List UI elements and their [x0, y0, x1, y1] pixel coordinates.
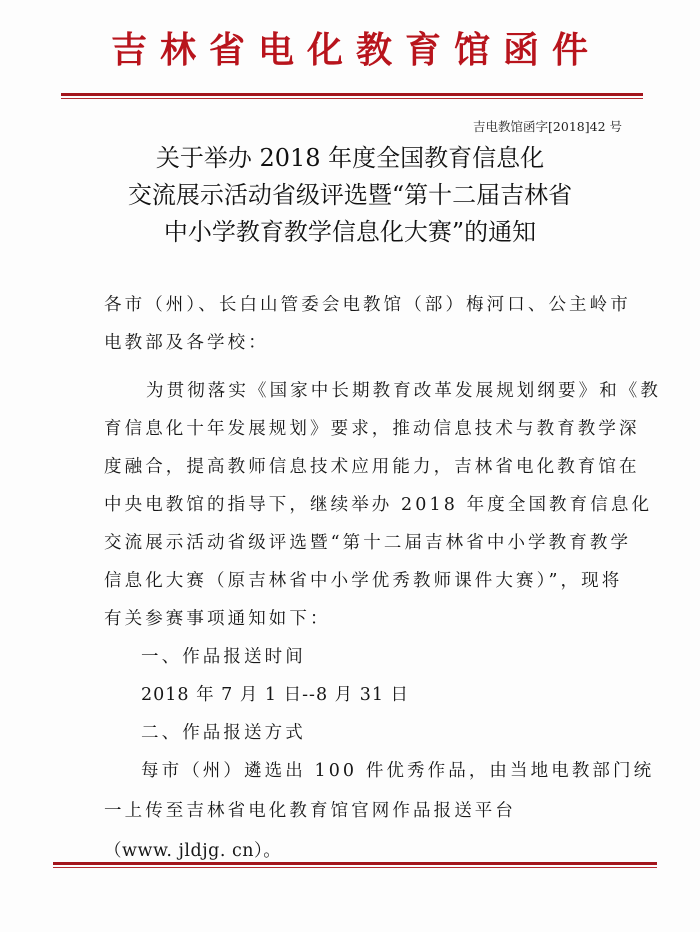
salutation-line: 各市（州）、长白山管委会电教馆（部）梅河口、公主岭市	[104, 291, 631, 316]
paragraph-line: 每市（州）遴选出 100 件优秀作品，由当地电教部门统	[141, 757, 654, 782]
footer-divider	[53, 862, 657, 868]
paragraph-line: 为贯彻落实《国家中长期教育改革发展规划纲要》和《教	[146, 377, 661, 402]
section-heading: 二、作品报送方式	[141, 719, 306, 744]
paragraph-line: 育信息化十年发展规划》要求，推动信息技术与教育教学深	[104, 415, 640, 440]
paragraph-line: 度融合，提高教师信息技术应用能力，吉林省电化教育馆在	[104, 453, 640, 478]
paragraph-line: 交流展示活动省级评选暨“第十二届吉林省中小学教育教学	[104, 529, 631, 554]
masthead-divider	[61, 93, 643, 99]
document-number: 吉电教馆函字[2018]42 号	[473, 117, 622, 135]
paragraph-line: 中央电教馆的指导下，继续举办 2018 年度全国教育信息化	[104, 491, 652, 516]
salutation-line: 电教部及各学校：	[104, 329, 269, 354]
masthead-title: 吉林省电化教育馆函件	[0, 22, 700, 73]
website-link: （www. jldjg. cn）。	[104, 837, 281, 862]
section-heading: 一、作品报送时间	[141, 643, 306, 668]
paragraph-line: 一上传至吉林省电化教育馆官网作品报送平台	[104, 797, 516, 822]
title-line: 关于举办 2018 年度全国教育信息化	[0, 140, 700, 177]
paragraph-line: 信息化大赛（原吉林省中小学优秀教师课件大赛）”，现将	[104, 567, 622, 592]
date-range: 2018 年 7 月 1 日--8 月 31 日	[141, 681, 409, 706]
title-line: 交流展示活动省级评选暨“第十二届吉林省	[0, 177, 700, 214]
paragraph-line: 有关参赛事项通知如下：	[104, 605, 331, 630]
title-line: 中小学教育教学信息化大赛”的通知	[0, 214, 700, 251]
